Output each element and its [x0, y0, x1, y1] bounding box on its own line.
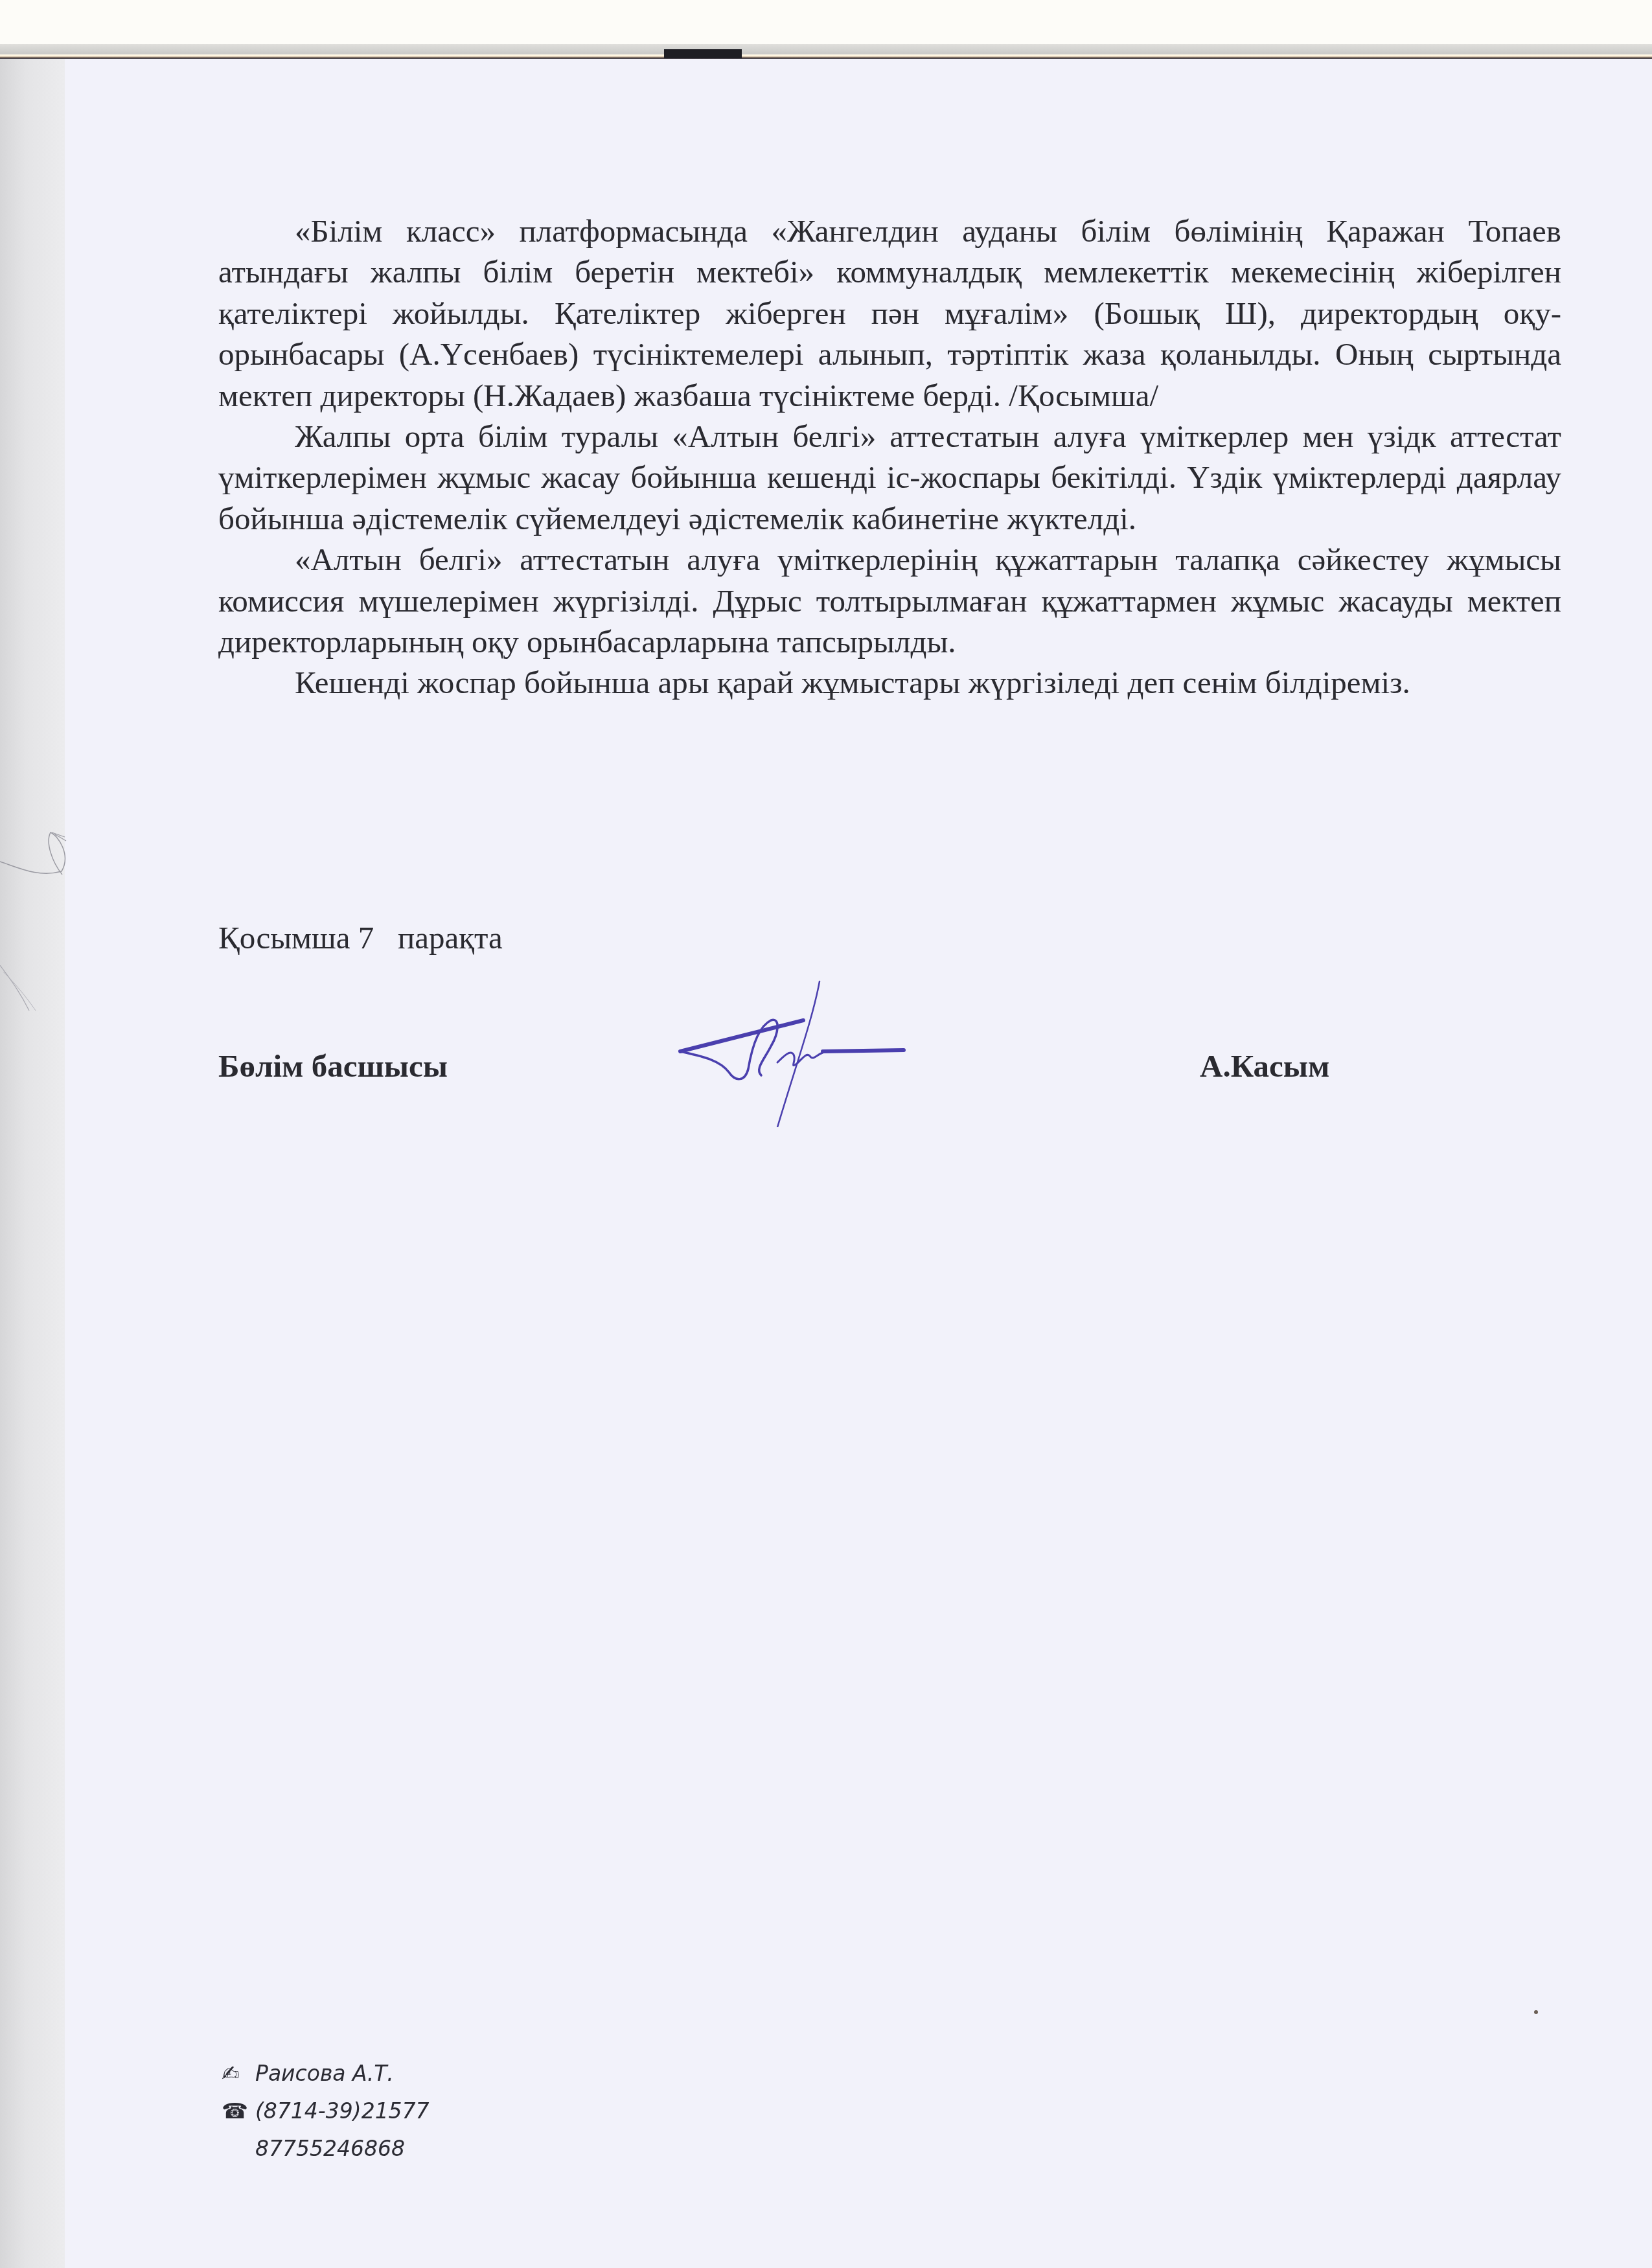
- mobile-number: 87755246868: [255, 2130, 405, 2168]
- phone-line: ☎ (8714-39)21577: [222, 2092, 430, 2130]
- scan-top-margin: [0, 0, 1652, 45]
- scan-top-shadow: [0, 44, 1652, 54]
- signer-title: Бөлім басшысы: [218, 1048, 448, 1084]
- paragraph-golden-badge-plan: Жалпы орта білім туралы «Алтын белгі» ат…: [218, 416, 1561, 539]
- scan-speck: [1534, 2010, 1538, 2014]
- mobile-line: 87755246868: [222, 2130, 430, 2168]
- phone-number: (8714-39)21577: [255, 2092, 430, 2130]
- writing-hand-icon: ✍: [222, 2055, 255, 2092]
- signer-name: А.Касым: [1200, 1048, 1329, 1084]
- executor-name: Раисова А.Т.: [255, 2055, 394, 2092]
- executor-contacts: ✍ Раисова А.Т. ☎ (8714-39)21577 87755246…: [222, 2055, 430, 2168]
- scan-paper-edge: [0, 54, 1652, 59]
- document-body: «Білім класс» платформасында «Жангелдин …: [218, 211, 1561, 704]
- executor-line: ✍ Раисова А.Т.: [222, 2055, 430, 2092]
- paragraph-platform-errors: «Білім класс» платформасында «Жангелдин …: [218, 211, 1561, 416]
- telephone-icon: ☎: [222, 2092, 255, 2130]
- attachment-note: Қосымша 7 парақта: [218, 917, 503, 958]
- scan-clip-mark: [664, 49, 742, 58]
- paragraph-documents-check: «Алтын белгі» аттестатын алуға үміткерле…: [218, 539, 1561, 662]
- handwritten-signature-icon: [674, 978, 978, 1127]
- paragraph-conclusion: Кешенді жоспар бойынша ары қарай жұмыста…: [218, 662, 1561, 703]
- scan-left-margin: [0, 59, 65, 2268]
- thread-artifact: [0, 764, 71, 1011]
